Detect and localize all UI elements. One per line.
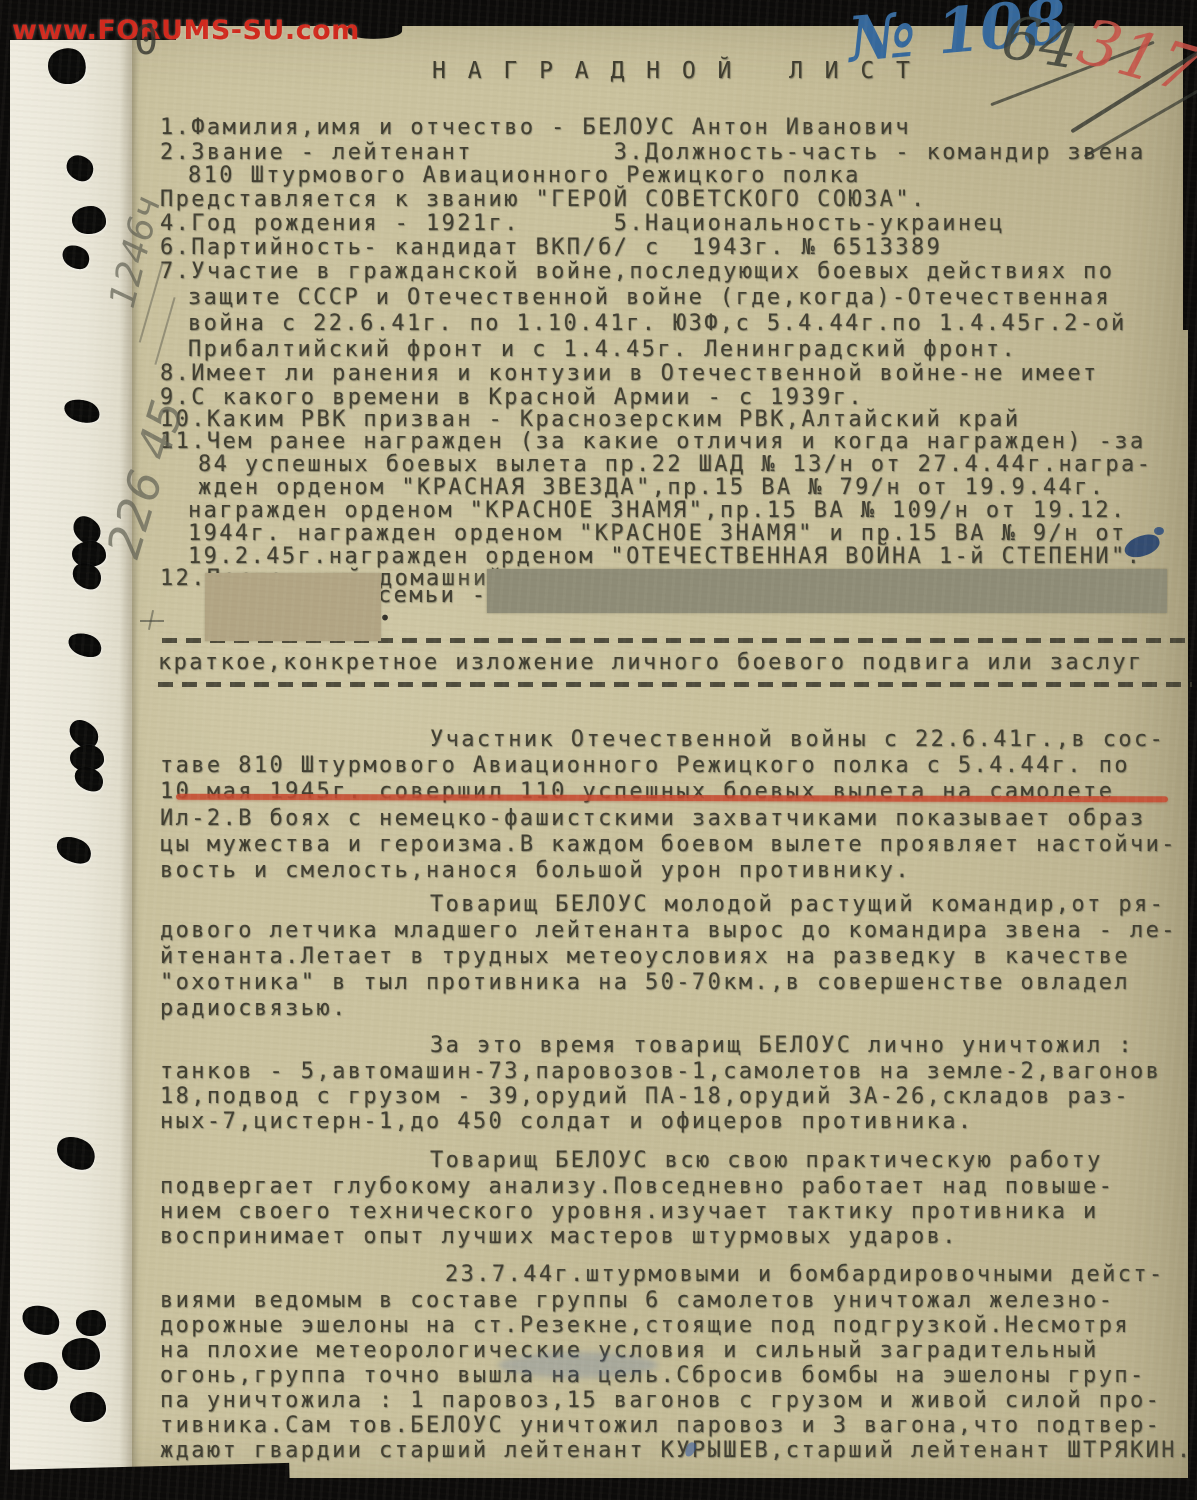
document-line: За это время товарищ БЕЛОУС лично уничто… <box>430 1033 1134 1058</box>
document-line: 23.7.44г.штурмовыми и бомбардировочными … <box>445 1262 1165 1287</box>
document-line: война с 22.6.41г. по 1.10.41г. ЮЗФ,с 5.4… <box>188 311 1127 336</box>
document-line: нием своего технического уровня.изучает … <box>160 1199 1099 1224</box>
document-line: 6.Партийность- кандидат ВКП/б/ с 1943г. … <box>160 235 942 260</box>
scan-border-right-lower <box>1189 300 1197 560</box>
bullet-mark: • <box>379 606 391 630</box>
document-line: Товарищ БЕЛОУС молодой растущий командир… <box>430 892 1165 917</box>
ink-dot <box>1154 527 1164 535</box>
blue-pencil-smudge <box>498 1352 658 1378</box>
punch-hole <box>76 1310 106 1336</box>
document-line: радиосвязью. <box>160 996 348 1021</box>
document-line: 11.Чем ранее награжден (за какие отличия… <box>160 429 1146 454</box>
watermark: www.FORUMS-SU.com <box>12 15 360 46</box>
redaction-box-address <box>487 569 1167 613</box>
document-line: па уничтожила : 1 паровоз,15 вагонов с г… <box>160 1388 1161 1413</box>
document-line: таве 810 Штурмового Авиационного Режицко… <box>160 753 1130 778</box>
document-line: семьи - <box>378 583 488 608</box>
document-line: "охотника" в тыл противника на 50-70км.,… <box>160 970 1130 995</box>
document-line: 4.Год рождения - 1921г. 5.Национальность… <box>160 211 1005 236</box>
document-line: вость и смелость,нанося большой урон про… <box>160 858 911 883</box>
document-line: ных-7,цистерн-1,до 450 солдат и офицеров… <box>160 1109 974 1134</box>
document-line: дового летчика младшего лейтенанта вырос… <box>160 918 1177 943</box>
document-line: 7.Участие в гражданской войне,последующи… <box>160 259 1114 284</box>
document-line: 18,подвод с грузом - 39,орудий ПА-18,ору… <box>160 1084 1130 1109</box>
punch-hole <box>70 1392 106 1422</box>
award-sheet-title: Н А Г Р А Д Н О Й Л И С Т <box>432 58 914 84</box>
document-line: 8.Имеет ли ранения и контузии в Отечеств… <box>160 361 1099 386</box>
document-line: танков - 5,автомашин-73,паровозов-1,само… <box>160 1059 1161 1084</box>
punch-hole <box>72 206 106 234</box>
document-line: краткое,конкретное изложение личного бое… <box>158 650 1144 675</box>
scan-border-left <box>0 0 10 1500</box>
document-line: 1.Фамилия,имя и отчество - БЕЛОУС Антон … <box>160 115 911 140</box>
pencil-cross-mark <box>140 620 164 622</box>
document-line: йтенанта.Летает в трудных метеоусловиях … <box>160 944 1130 969</box>
document-line: Участник Отечественной войны с 22.6.41г.… <box>430 727 1165 752</box>
pencil-zero-mark: 0 <box>134 18 158 64</box>
redaction-box-left <box>205 573 381 641</box>
document-line: Товарищ БЕЛОУС всю свою практическую раб… <box>430 1148 1103 1173</box>
document-line: Прибалтийский фронт и с 1.4.45г. Ленингр… <box>188 337 1017 362</box>
document-line: Ил-2.В боях с немецко-фашистскими захват… <box>160 806 1146 831</box>
dashed-separator-bottom <box>158 682 1192 687</box>
document-line: жден орденом "КРАСНАЯ ЗВЕЗДА",пр.15 ВА №… <box>198 475 1105 500</box>
document-line: 2.Звание - лейтенант 3.Должность-часть -… <box>160 140 1146 165</box>
document-line: 810 Штурмового Авиационного Режицкого по… <box>188 163 861 188</box>
document-line: Представляется к званию "ГЕРОЙ СОВЕТСКОГ… <box>160 187 927 212</box>
document-line: цы мужества и героизма.В каждом боевом в… <box>160 832 1177 857</box>
scanned-award-document: Н А Г Р А Д Н О Й Л И С Т 1.Фамилия,имя … <box>0 0 1197 1500</box>
document-line: ждают гвардии старший лейтенант КУРЫШЕВ,… <box>160 1438 1193 1463</box>
document-line: защите СССР и Отечественной войне (где,к… <box>188 285 1111 310</box>
document-line: тивника.Сам тов.БЕЛОУС уничтожил паровоз… <box>160 1413 1161 1438</box>
document-line: виями ведомым в составе группы 6 самолет… <box>160 1288 1114 1313</box>
document-line: 1944г. награжден орденом "КРАСНОЕ ЗНАМЯ"… <box>188 521 1127 546</box>
document-line: подвергает глубокому анализу.Повседневно… <box>160 1174 1114 1199</box>
document-line: дорожные эшелоны на ст.Резекне,стоящие п… <box>160 1313 1130 1338</box>
punch-hole <box>62 1338 100 1370</box>
document-line: воспринимает опыт лучших мастеров штурмо… <box>160 1224 958 1249</box>
document-line: награжден орденом "КРАСНОЕ ЗНАМЯ",пр.15 … <box>188 498 1127 523</box>
document-line: 84 успешных боевых вылета пр.22 ШАД № 13… <box>198 452 1152 477</box>
